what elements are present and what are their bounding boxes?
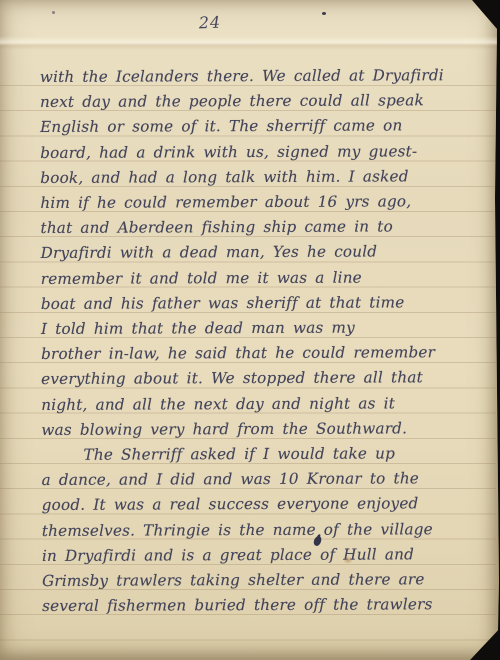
handwritten-line: remember it and told me it was a line [41, 265, 473, 292]
paper-crease [0, 36, 500, 50]
handwritten-line: several fishermen buried there off the t… [42, 592, 474, 619]
scanned-diary-page: 24 with the Icelanders there. We called … [0, 0, 500, 660]
handwritten-line: boat and his father was sheriff at that … [41, 290, 473, 317]
handwritten-line-paragraph-start: The Sherriff asked if I would take up [41, 441, 473, 468]
handwritten-line: night, and all the next day and night as… [41, 391, 473, 418]
handwritten-line: Dryafirdi with a dead man, Yes he could [41, 239, 473, 266]
handwritten-line: in Dryafirdi and is a great place of Hul… [42, 542, 474, 569]
paper-sheet: 24 with the Icelanders there. We called … [0, 0, 500, 660]
handwritten-line: him if he could remember about 16 yrs ag… [40, 189, 472, 216]
handwritten-line: book, and had a long talk with him. I as… [40, 164, 472, 191]
handwritten-text: with the Icelanders there. We called at … [40, 63, 474, 619]
handwritten-line: good. It was a real success everyone enj… [42, 492, 474, 519]
handwritten-line: brother in-law, he said that he could re… [41, 340, 473, 367]
handwritten-line: next day and the people there could all … [40, 88, 472, 115]
handwritten-line: everything about it. We stopped there al… [41, 365, 473, 392]
handwritten-line: was blowing very hard from the Southward… [41, 416, 473, 443]
handwritten-line: I told him that the dead man was my [41, 315, 473, 342]
handwritten-line: English or some of it. The sherriff came… [40, 113, 472, 140]
handwritten-line: that and Aberdeen fishing ship came in t… [40, 214, 472, 241]
paper-stain [343, 556, 353, 564]
ink-speck [52, 11, 55, 14]
handwritten-line: a dance, and I did and was 10 Kronar to … [42, 466, 474, 493]
page-number: 24 [170, 12, 251, 34]
handwritten-line: with the Icelanders there. We called at … [40, 63, 472, 90]
handwritten-line: themselves. Thringie is the name of the … [42, 517, 474, 544]
handwritten-line: Grimsby trawlers taking shelter and ther… [42, 567, 474, 594]
ink-speck [322, 12, 326, 15]
handwritten-line: board, had a drink with us, signed my gu… [40, 139, 472, 166]
